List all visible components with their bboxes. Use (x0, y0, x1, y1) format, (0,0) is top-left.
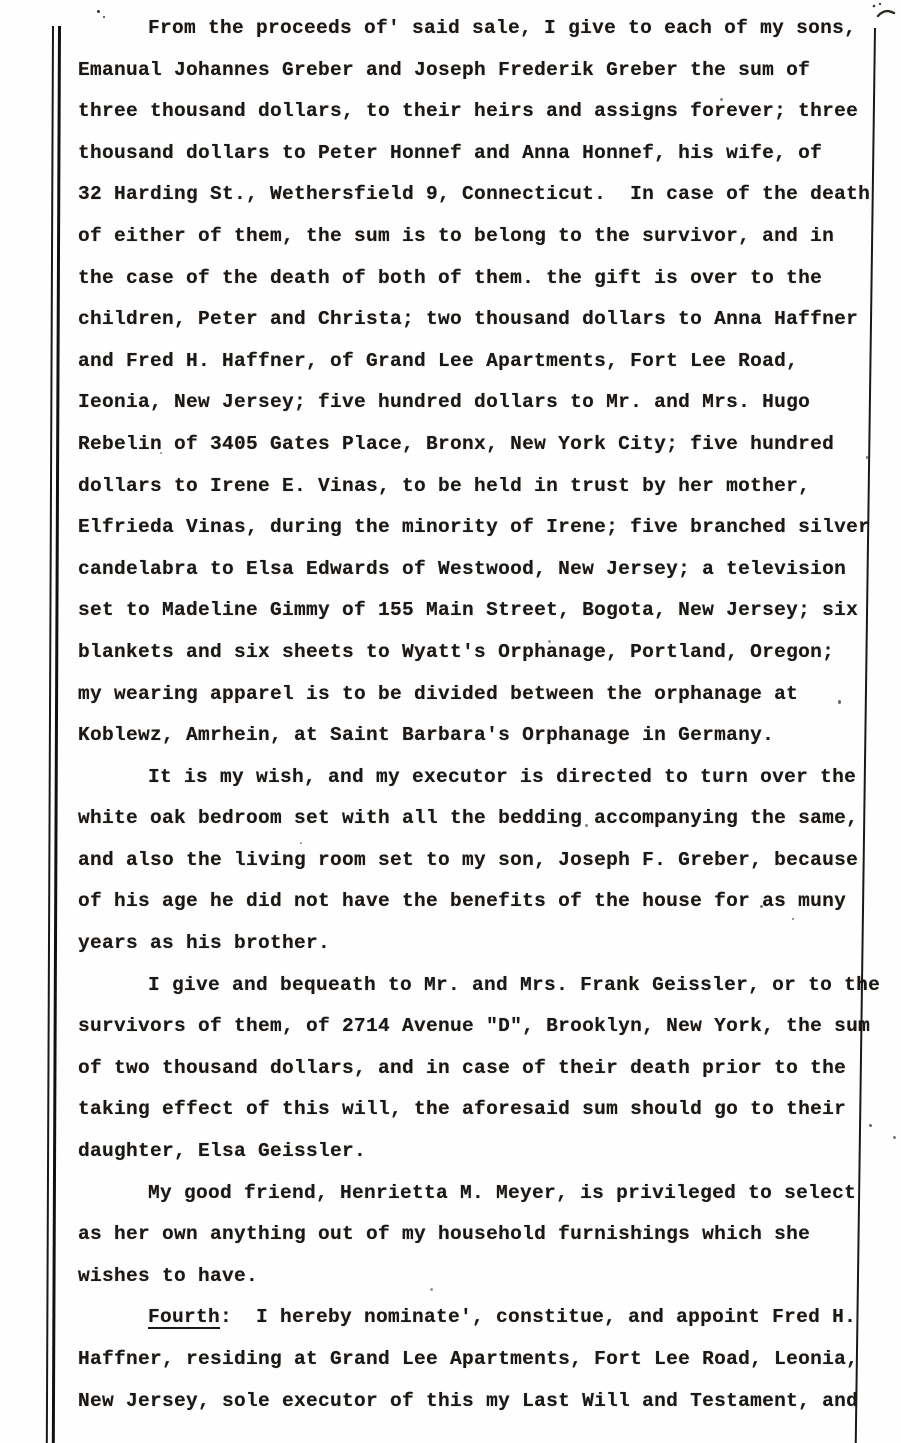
text-line: white oak bedroom set with all the beddi… (78, 798, 868, 840)
text-line: the case of the death of both of them. t… (78, 258, 868, 300)
text-line: blankets and six sheets to Wyatt's Orpha… (78, 632, 868, 674)
text-line: From the proceeds of' said sale, I give … (78, 8, 868, 50)
text-line: children, Peter and Christa; two thousan… (78, 299, 868, 341)
text-line: survivors of them, of 2714 Avenue "D", B… (78, 1006, 868, 1048)
underlined-heading: Fourth (148, 1306, 220, 1328)
text-line: It is my wish, and my executor is direct… (78, 757, 868, 799)
text-line: three thousand dollars, to their heirs a… (78, 91, 868, 133)
text-line: and Fred H. Haffner, of Grand Lee Apartm… (78, 341, 868, 383)
text-line: and also the living room set to my son, … (78, 840, 868, 882)
text-line: of two thousand dollars, and in case of … (78, 1048, 868, 1090)
text-line: set to Madeline Gimmy of 155 Main Street… (78, 590, 868, 632)
left-margin-rule (46, 26, 61, 1443)
text-line: Elfrieda Vinas, during the minority of I… (78, 507, 868, 549)
text-line: Koblewz, Amrhein, at Saint Barbara's Orp… (78, 715, 868, 757)
text-line: years as his brother. (78, 923, 868, 965)
text-line: Rebelin of 3405 Gates Place, Bronx, New … (78, 424, 868, 466)
text-line: my wearing apparel is to be divided betw… (78, 674, 868, 716)
text-line: dollars to Irene E. Vinas, to be held in… (78, 466, 868, 508)
text-line: taking effect of this will, the aforesai… (78, 1089, 868, 1131)
text-line: 32 Harding St., Wethersfield 9, Connecti… (78, 174, 868, 216)
text-line: as her own anything out of my household … (78, 1214, 868, 1256)
text-line: daughter, Elsa Geissler. (78, 1131, 868, 1173)
text-line: candelabra to Elsa Edwards of Westwood, … (78, 549, 868, 591)
text-line: of either of them, the sum is to belong … (78, 216, 868, 258)
text-line: My good friend, Henrietta M. Meyer, is p… (78, 1173, 868, 1215)
document-lines: From the proceeds of' said sale, I give … (78, 8, 868, 1422)
text-line: thousand dollars to Peter Honnef and Ann… (78, 133, 868, 175)
text-line: wishes to have. (78, 1256, 868, 1298)
text-line: I give and bequeath to Mr. and Mrs. Fran… (78, 965, 868, 1007)
text-line: New Jersey, sole executor of this my Las… (78, 1381, 868, 1423)
text-line: Emanual Johannes Greber and Joseph Frede… (78, 50, 868, 92)
text-line: Fourth: I hereby nominate', constitue, a… (78, 1297, 868, 1339)
text-line: Haffner, residing at Grand Lee Apartment… (78, 1339, 868, 1381)
scanned-will-page: From the proceeds of' said sale, I give … (0, 0, 901, 1443)
text-line: Ieonia, New Jersey; five hundred dollars… (78, 382, 868, 424)
text-line: of his age he did not have the benefits … (78, 881, 868, 923)
